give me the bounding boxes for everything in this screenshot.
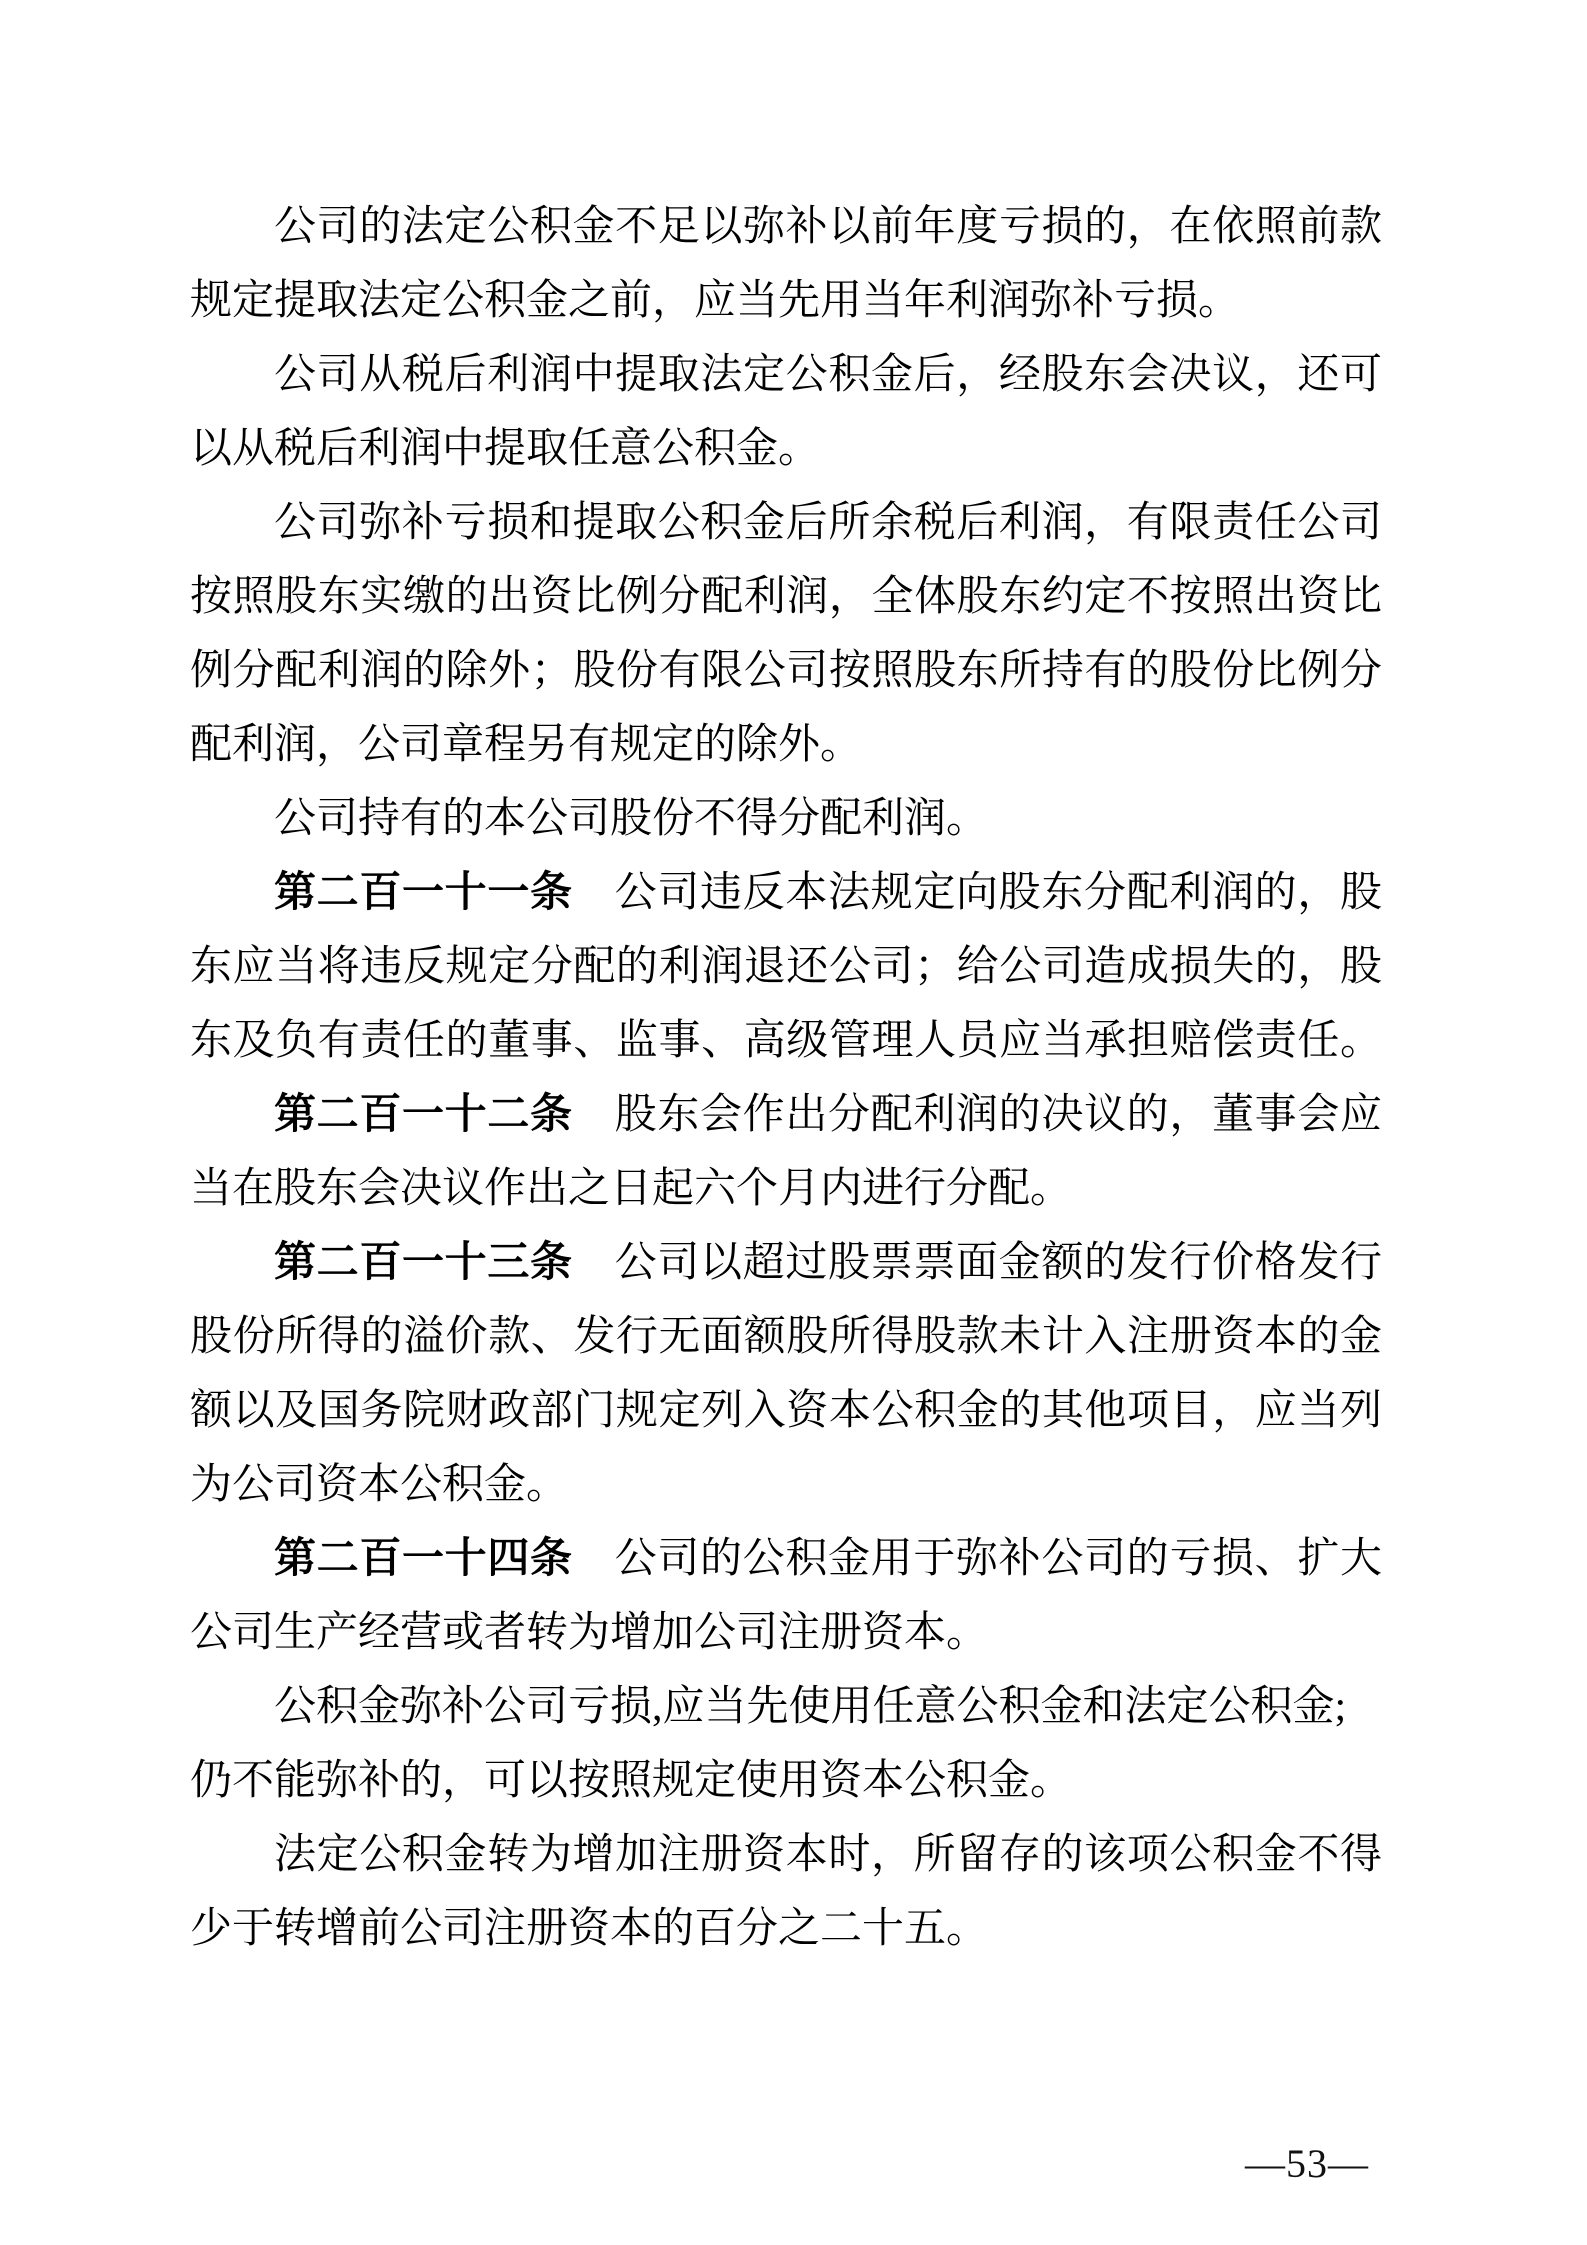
article-number: 第二百一十三条 (274, 1240, 573, 1286)
line-text: 配利润，公司章程另有规定的除外。 (190, 722, 862, 768)
line-text: 东应当将违反规定分配的利润退还公司；给公司造成损失的，股 (190, 944, 1382, 990)
line-text: 规定提取法定公积金之前，应当先用当年利润弥补亏损。 (190, 278, 1240, 324)
line-text: 公司生产经营或者转为增加公司注册资本。 (190, 1610, 988, 1656)
text-line: 为公司资本公积金。 (190, 1448, 1382, 1522)
line-text: 公司持有的本公司股份不得分配利润。 (274, 796, 988, 842)
text-line: 东及负有责任的董事、监事、高级管理人员应当承担赔偿责任。 (190, 1004, 1382, 1078)
line-text: 法定公积金转为增加注册资本时，所留存的该项公积金不得 (274, 1832, 1382, 1878)
line-text: 按照股东实缴的出资比例分配利润，全体股东约定不按照出资比 (190, 574, 1382, 620)
text-line: 东应当将违反规定分配的利润退还公司；给公司造成损失的，股 (190, 930, 1382, 1004)
text-line: 公积金弥补公司亏损,应当先使用任意公积金和法定公积金; (190, 1670, 1382, 1744)
line-text: 公司违反本法规定向股东分配利润的，股 (615, 870, 1382, 916)
text-line: 法定公积金转为增加注册资本时，所留存的该项公积金不得 (190, 1818, 1382, 1892)
text-line: 例分配利润的除外；股份有限公司按照股东所持有的股份比例分 (190, 634, 1382, 708)
line-text: 少于转增前公司注册资本的百分之二十五。 (190, 1906, 988, 1952)
line-text: 公司从税后利润中提取法定公积金后，经股东会决议，还可 (274, 352, 1382, 398)
article-number: 第二百一十一条 (274, 870, 573, 916)
line-text: 以从税后利润中提取任意公积金。 (190, 426, 820, 472)
text-line: 当在股东会决议作出之日起六个月内进行分配。 (190, 1152, 1382, 1226)
line-text: 当在股东会决议作出之日起六个月内进行分配。 (190, 1166, 1072, 1212)
line-text: 东及负有责任的董事、监事、高级管理人员应当承担赔偿责任。 (190, 1018, 1382, 1064)
line-text: 公司的公积金用于弥补公司的亏损、扩大 (615, 1536, 1382, 1582)
line-text: 例分配利润的除外；股份有限公司按照股东所持有的股份比例分 (190, 648, 1382, 694)
line-text: 公司以超过股票票面金额的发行价格发行 (615, 1240, 1382, 1286)
line-text: 股东会作出分配利润的决议的，董事会应 (615, 1092, 1382, 1138)
text-line: 仍不能弥补的，可以按照规定使用资本公积金。 (190, 1744, 1382, 1818)
text-line: 按照股东实缴的出资比例分配利润，全体股东约定不按照出资比 (190, 560, 1382, 634)
document-page: { "document": { "lines": [ {"text": "公司的… (0, 0, 1587, 2245)
article-number: 第二百一十二条 (274, 1092, 573, 1138)
line-text: 为公司资本公积金。 (190, 1462, 568, 1508)
line-text: 额以及国务院财政部门规定列入资本公积金的其他项目，应当列 (190, 1388, 1382, 1434)
page-number: —53— (1245, 2140, 1369, 2187)
text-line: 以从税后利润中提取任意公积金。 (190, 412, 1382, 486)
line-text: 公司弥补亏损和提取公积金后所余税后利润，有限责任公司 (274, 500, 1382, 546)
text-line: 额以及国务院财政部门规定列入资本公积金的其他项目，应当列 (190, 1374, 1382, 1448)
text-line: 规定提取法定公积金之前，应当先用当年利润弥补亏损。 (190, 264, 1382, 338)
line-text: 仍不能弥补的，可以按照规定使用资本公积金。 (190, 1758, 1072, 1804)
article-number: 第二百一十四条 (274, 1536, 573, 1582)
text-line: 公司的法定公积金不足以弥补以前年度亏损的，在依照前款 (190, 190, 1382, 264)
text-line: 第二百一十二条股东会作出分配利润的决议的，董事会应 (190, 1078, 1382, 1152)
text-line: 公司生产经营或者转为增加公司注册资本。 (190, 1596, 1382, 1670)
line-text: 股份所得的溢价款、发行无面额股所得股款未计入注册资本的金 (190, 1314, 1382, 1360)
text-line: 公司从税后利润中提取法定公积金后，经股东会决议，还可 (190, 338, 1382, 412)
text-line: 少于转增前公司注册资本的百分之二十五。 (190, 1892, 1382, 1966)
text-line: 第二百一十四条公司的公积金用于弥补公司的亏损、扩大 (190, 1522, 1382, 1596)
text-line: 配利润，公司章程另有规定的除外。 (190, 708, 1382, 782)
text-line: 第二百一十一条公司违反本法规定向股东分配利润的，股 (190, 856, 1382, 930)
text-line: 公司持有的本公司股份不得分配利润。 (190, 782, 1382, 856)
text-line: 第二百一十三条公司以超过股票票面金额的发行价格发行 (190, 1226, 1382, 1300)
document-body: 公司的法定公积金不足以弥补以前年度亏损的，在依照前款 规定提取法定公积金之前，应… (190, 190, 1382, 1966)
line-text: 公司的法定公积金不足以弥补以前年度亏损的，在依照前款 (274, 204, 1382, 250)
text-line: 股份所得的溢价款、发行无面额股所得股款未计入注册资本的金 (190, 1300, 1382, 1374)
text-line: 公司弥补亏损和提取公积金后所余税后利润，有限责任公司 (190, 486, 1382, 560)
line-text: 公积金弥补公司亏损,应当先使用任意公积金和法定公积金; (274, 1684, 1346, 1730)
